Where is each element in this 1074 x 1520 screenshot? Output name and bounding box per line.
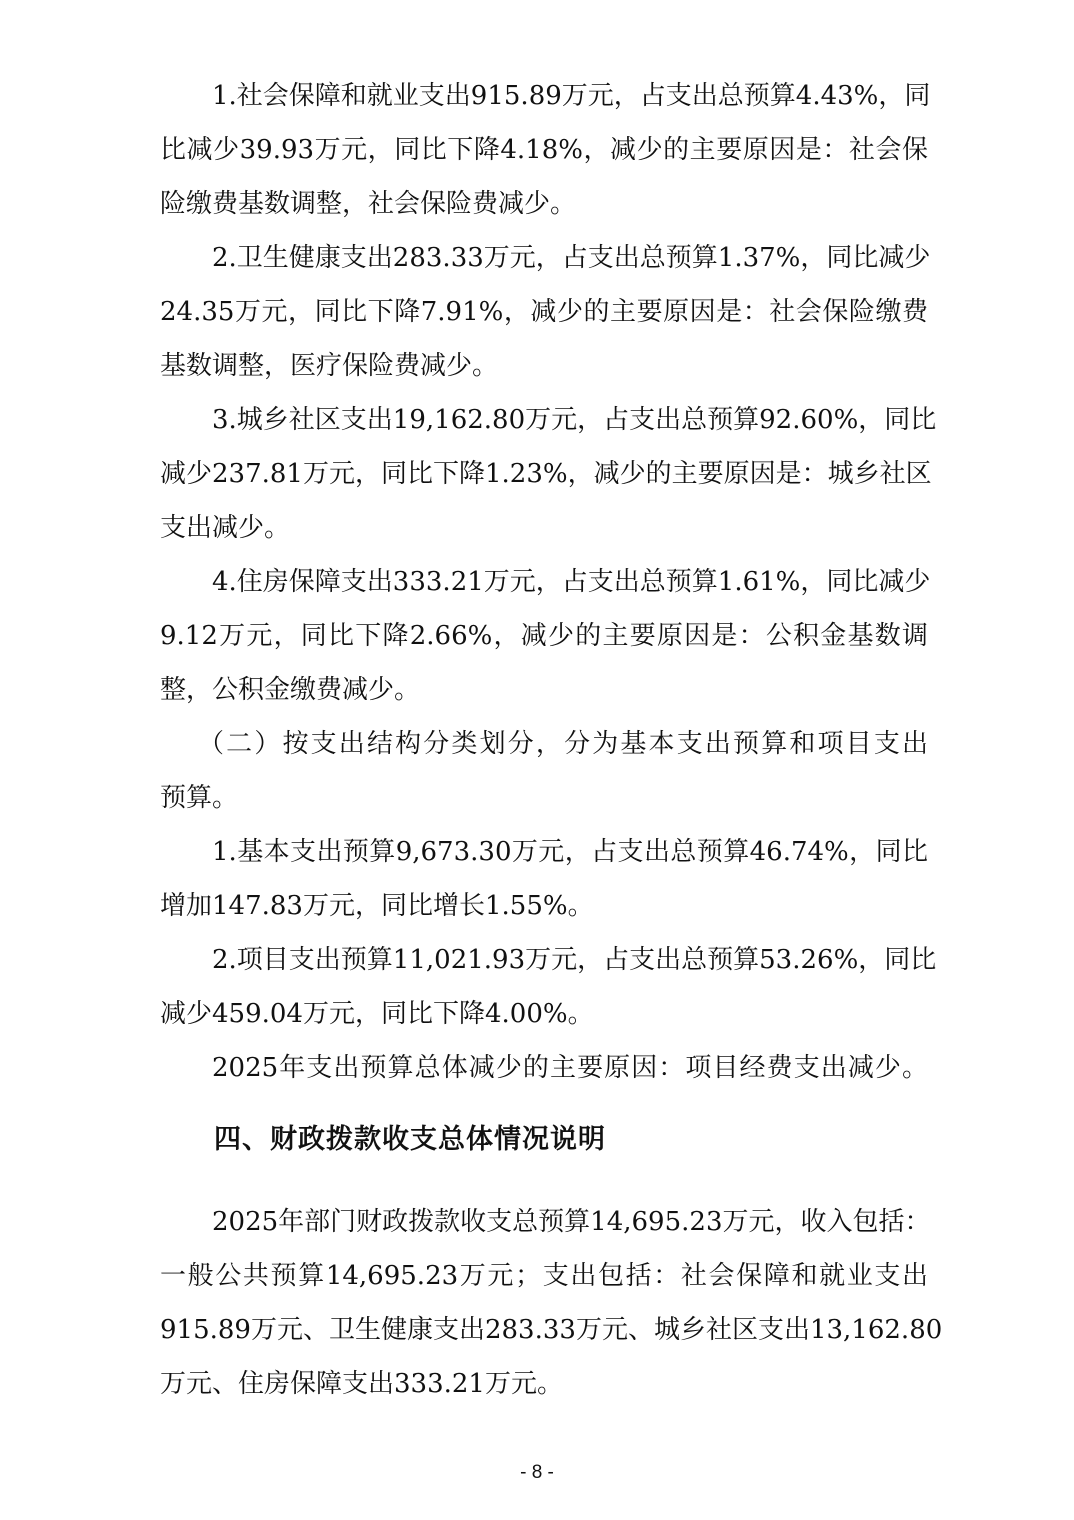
text-line: 一般公共预算14,695.23万元；支出包括：社会保障和就业支出 xyxy=(160,1259,928,1293)
text-line: 1.社会保障和就业支出915.89万元，占支出总预算4.43%，同 xyxy=(212,79,928,113)
section-heading: 四、财政拨款收支总体情况说明 xyxy=(214,1122,606,1158)
text-line: 预算。 xyxy=(160,781,928,815)
text-line: 万元、住房保障支出333.21万元。 xyxy=(160,1367,928,1401)
text-line: 1.基本支出预算9,673.30万元，占支出总预算46.74%，同比 xyxy=(212,835,928,869)
text-line: 9.12万元，同比下降2.66%，减少的主要原因是：公积金基数调 xyxy=(160,619,928,653)
text-line: 2025年支出预算总体减少的主要原因：项目经费支出减少。 xyxy=(212,1051,928,1085)
text-line: 减少459.04万元，同比下降4.00%。 xyxy=(160,997,928,1031)
text-line: 险缴费基数调整，社会保险费减少。 xyxy=(160,187,928,221)
text-line: 2.项目支出预算11,021.93万元，占支出总预算53.26%，同比 xyxy=(212,943,928,977)
text-line: 增加147.83万元，同比增长1.55%。 xyxy=(160,889,928,923)
text-line: 支出减少。 xyxy=(160,511,928,545)
text-line: 915.89万元、卫生健康支出283.33万元、城乡社区支出13,162.80 xyxy=(160,1313,928,1347)
page-number: - 8 - xyxy=(0,1462,1074,1484)
text-line: （二）按支出结构分类划分，分为基本支出预算和项目支出 xyxy=(198,727,928,761)
text-line: 比减少39.93万元，同比下降4.18%，减少的主要原因是：社会保 xyxy=(160,133,928,167)
text-line: 基数调整，医疗保险费减少。 xyxy=(160,349,928,383)
text-line: 整，公积金缴费减少。 xyxy=(160,673,928,707)
text-line: 减少237.81万元，同比下降1.23%，减少的主要原因是：城乡社区 xyxy=(160,457,928,491)
text-line: 4.住房保障支出333.21万元，占支出总预算1.61%，同比减少 xyxy=(212,565,928,599)
text-line: 2025年部门财政拨款收支总预算14,695.23万元，收入包括： xyxy=(212,1205,928,1239)
text-line: 2.卫生健康支出283.33万元，占支出总预算1.37%，同比减少 xyxy=(212,241,928,275)
text-line: 3.城乡社区支出19,162.80万元，占支出总预算92.60%，同比 xyxy=(212,403,928,437)
document-page: 1.社会保障和就业支出915.89万元，占支出总预算4.43%，同 比减少39.… xyxy=(0,0,1074,1520)
text-line: 24.35万元，同比下降7.91%，减少的主要原因是：社会保险缴费 xyxy=(160,295,928,329)
